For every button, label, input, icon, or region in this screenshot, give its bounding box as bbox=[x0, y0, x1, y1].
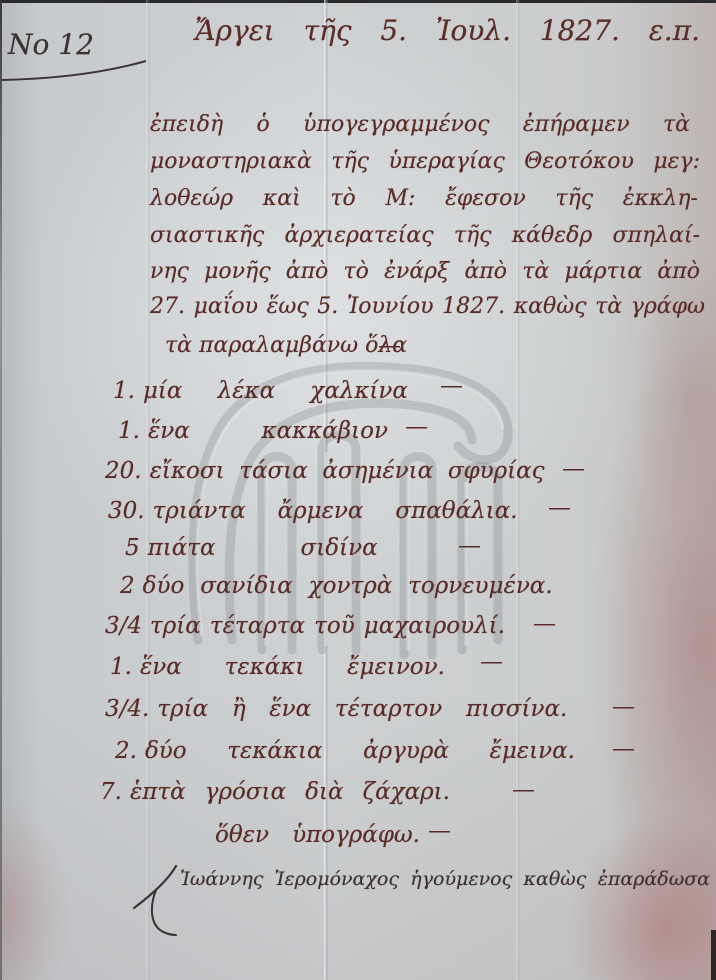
preamble-line: ἐπειδὴ ὁ ὑπογεγραμμένος ἐπήραμεν τὰ bbox=[150, 112, 690, 137]
preamble-line: 27. μαΐου ἕως 5. Ἰουνίου 1827. καθὼς τὰ … bbox=[150, 294, 705, 319]
item-quantity: 20. bbox=[105, 458, 142, 484]
inventory-item: 20.εἴκοσι τάσια ἀσημένια σφυρίας bbox=[105, 458, 545, 484]
item-description: ἑπτὰ γρόσια διὰ ζάχαρι. bbox=[130, 779, 450, 805]
line-end-dash: — bbox=[562, 456, 585, 482]
inventory-item: 3/4.τρία ἢ ἕνα τέταρτον πισσίνα. bbox=[105, 696, 567, 722]
inventory-item: 1.μία λέκα χαλκίνα bbox=[113, 378, 408, 404]
item-quantity: 1. bbox=[118, 418, 140, 444]
item-quantity: 1. bbox=[110, 654, 132, 680]
inventory-item: 30.τριάντα ἄρμενα σπαθάλια. bbox=[108, 498, 518, 524]
inventory-item: 2.δύο τεκάκια ἀργυρὰ ἔμεινα. bbox=[115, 738, 575, 764]
line-end-dash: — bbox=[440, 373, 463, 399]
line-end-dash: — bbox=[428, 818, 451, 844]
preamble-line: τὰ παραλαμβάνω ὅλα bbox=[165, 333, 370, 358]
item-description: ἕνα τεκάκι ἔμεινον. bbox=[140, 654, 445, 680]
closing-text: ὅθεν ὑπογράφω. bbox=[215, 822, 420, 848]
item-description: ἕνα κακκάβιον bbox=[148, 418, 388, 444]
item-description: τρία ἢ ἕνα τέταρτον πισσίνα. bbox=[157, 696, 567, 722]
signature: Ἰωάννης Ἱερομόναχος ἡγούμενος καθὼς ἐπαρ… bbox=[180, 868, 710, 890]
line-end-dash: — bbox=[405, 414, 428, 440]
item-quantity: 5 bbox=[125, 535, 140, 561]
inventory-item: 7.ἑπτὰ γρόσια διὰ ζάχαρι. bbox=[100, 779, 450, 805]
item-description: πιάτα σιδίνα bbox=[148, 535, 378, 561]
line-end-dash: — bbox=[612, 694, 635, 720]
item-description: τριάντα ἄρμενα σπαθάλια. bbox=[153, 498, 518, 524]
line-end-dash: — bbox=[458, 533, 481, 559]
item-quantity: 3/4 bbox=[105, 613, 142, 639]
inventory-item: 1.ἕνα κακκάβιον bbox=[118, 418, 388, 444]
inventory-item: 5πιάτα σιδίνα bbox=[125, 535, 378, 561]
preamble-line-text: 27. μαΐου ἕως 5. Ἰουνίου 1827. καθὼς τὰ … bbox=[150, 294, 705, 319]
item-quantity: 1. bbox=[113, 378, 135, 404]
preamble-line: σιαστικῆς ἀρχιερατείας τῆς κάθεδρ σπηλαί… bbox=[150, 223, 700, 248]
manuscript-page: Νο 12 Ἄργει τῆς 5. Ἰουλ. 1827. ε.π. ἐπει… bbox=[0, 0, 716, 980]
reference-number: Νο 12 bbox=[8, 28, 94, 61]
item-quantity: 7. bbox=[100, 779, 122, 805]
line-end-dash: — bbox=[378, 333, 401, 359]
dateline-text: Ἄργει τῆς 5. Ἰουλ. 1827. ε.π. bbox=[195, 14, 700, 47]
line-end-dash: — bbox=[512, 777, 535, 803]
item-description: τρία τέταρτα τοῦ μαχαιρουλί. bbox=[150, 613, 505, 639]
line-end-dash: — bbox=[480, 649, 503, 675]
inventory-item: 1.ἕνα τεκάκι ἔμεινον. bbox=[110, 654, 445, 680]
preamble-line-text: νης μονῆς ἀπὸ τὸ ἐνάρξ ἀπὸ τὰ μάρτια ἀπὸ bbox=[150, 259, 700, 284]
item-quantity: 3/4. bbox=[105, 696, 149, 722]
line-end-dash: — bbox=[548, 495, 571, 521]
preamble-line-text: ἐπειδὴ ὁ ὑπογεγραμμένος ἐπήραμεν τὰ bbox=[150, 112, 690, 137]
preamble-line-text: τὰ παραλαμβάνω ὅλα bbox=[165, 333, 370, 358]
preamble-line-text: σιαστικῆς ἀρχιερατείας τῆς κάθεδρ σπηλαί… bbox=[150, 223, 700, 248]
dateline: Ἄργει τῆς 5. Ἰουλ. 1827. ε.π. bbox=[195, 14, 700, 47]
item-description: δύο τεκάκια ἀργυρὰ ἔμεινα. bbox=[145, 738, 575, 764]
line-end-dash: — bbox=[533, 611, 556, 637]
signature-text: Ἰωάννης Ἱερομόναχος ἡγούμενος καθὼς ἐπαρ… bbox=[180, 868, 710, 890]
item-quantity: 2 bbox=[120, 573, 135, 599]
item-quantity: 2. bbox=[115, 738, 137, 764]
preamble-line: μοναστηριακὰ τῆς ὑπεραγίας Θεοτόκου μεγ: bbox=[150, 149, 700, 174]
item-quantity: 30. bbox=[108, 498, 145, 524]
preamble-line-text: μοναστηριακὰ τῆς ὑπεραγίας Θεοτόκου μεγ: bbox=[150, 149, 700, 174]
preamble-line: νης μονῆς ἀπὸ τὸ ἐνάρξ ἀπὸ τὰ μάρτια ἀπὸ bbox=[150, 259, 700, 284]
inventory-item: 2δύο σανίδια χοντρὰ τορνευμένα. bbox=[120, 573, 553, 599]
item-description: δύο σανίδια χοντρὰ τορνευμένα. bbox=[143, 573, 553, 599]
inventory-item: 3/4τρία τέταρτα τοῦ μαχαιρουλί. bbox=[105, 613, 505, 639]
line-end-dash: — bbox=[612, 736, 635, 762]
item-description: μία λέκα χαλκίνα bbox=[143, 378, 408, 404]
closing-line: ὅθεν ὑπογράφω. bbox=[215, 822, 420, 848]
item-description: εἴκοσι τάσια ἀσημένια σφυρίας bbox=[150, 458, 545, 484]
preamble-line: λοθεώρ καὶ τὸ Μ: ἔφεσον τῆς ἐκκλη- bbox=[150, 186, 698, 211]
preamble-line-text: λοθεώρ καὶ τὸ Μ: ἔφεσον τῆς ἐκκλη- bbox=[150, 186, 698, 211]
